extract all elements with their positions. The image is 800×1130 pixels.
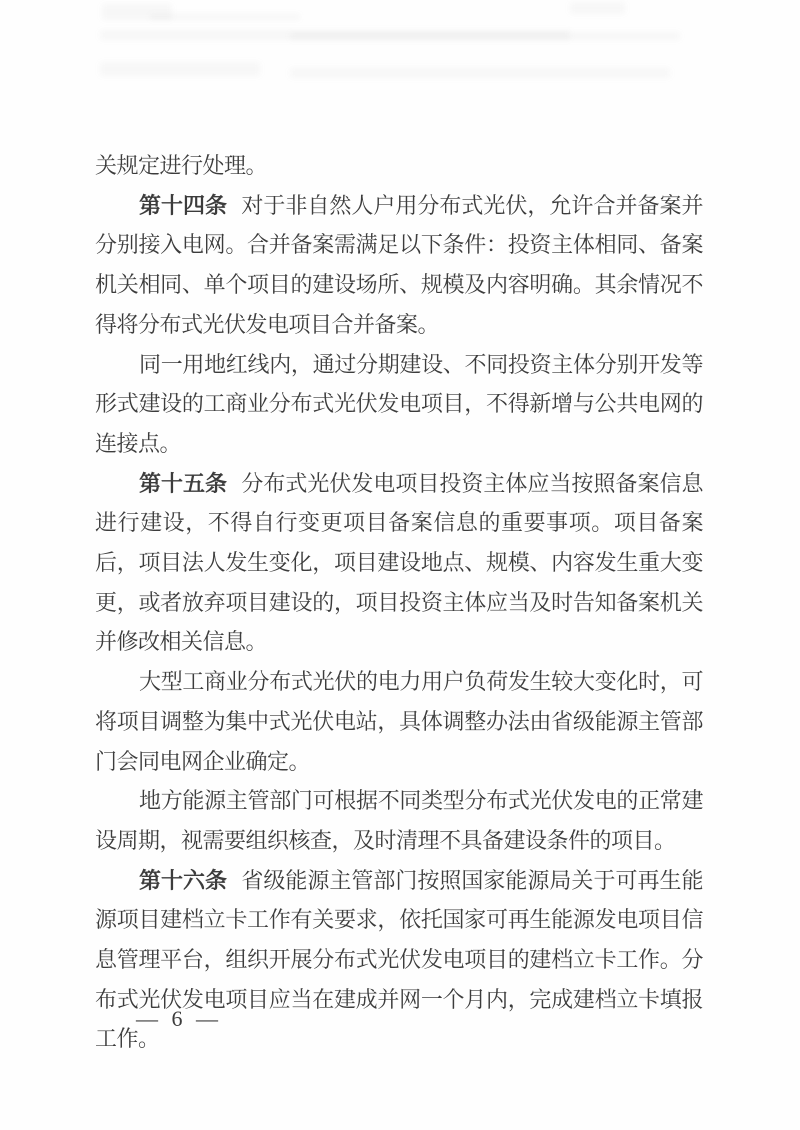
scan-artifact bbox=[570, 2, 625, 14]
scan-artifact bbox=[100, 62, 260, 76]
scan-artifact bbox=[290, 68, 670, 78]
scan-artifact bbox=[150, 14, 300, 20]
article-paragraph: 第十五条分布式光伏发电项目投资主体应当按照备案信息进行建设，不得自行变更项目备案… bbox=[95, 464, 703, 663]
body-paragraph: 关规定进行处理。 bbox=[95, 146, 703, 186]
article-number-label: 第十五条 bbox=[139, 471, 227, 496]
scan-artifact bbox=[102, 4, 172, 20]
article-paragraph: 第十四条对于非自然人户用分布式光伏，允许合并备案并分别接入电网。合并备案需满足以… bbox=[95, 186, 703, 345]
document-page: 关规定进行处理。第十四条对于非自然人户用分布式光伏，允许合并备案并分别接入电网。… bbox=[0, 0, 800, 1130]
document-body: 关规定进行处理。第十四条对于非自然人户用分布式光伏，允许合并备案并分别接入电网。… bbox=[95, 146, 703, 1059]
scan-artifact bbox=[100, 30, 570, 40]
page-number: — 6 — bbox=[136, 1003, 222, 1035]
body-paragraph: 地方能源主管部门可根据不同类型分布式光伏发电的正常建设周期，视需要组织核查，及时… bbox=[95, 781, 703, 860]
scan-artifact bbox=[290, 32, 680, 40]
body-paragraph: 大型工商业分布式光伏的电力用户负荷发生较大变化时，可将项目调整为集中式光伏电站，… bbox=[95, 662, 703, 781]
article-number-label: 第十六条 bbox=[139, 868, 227, 893]
body-paragraph: 同一用地红线内，通过分期建设、不同投资主体分别开发等形式建设的工商业分布式光伏发… bbox=[95, 345, 703, 464]
article-number-label: 第十四条 bbox=[139, 193, 227, 218]
